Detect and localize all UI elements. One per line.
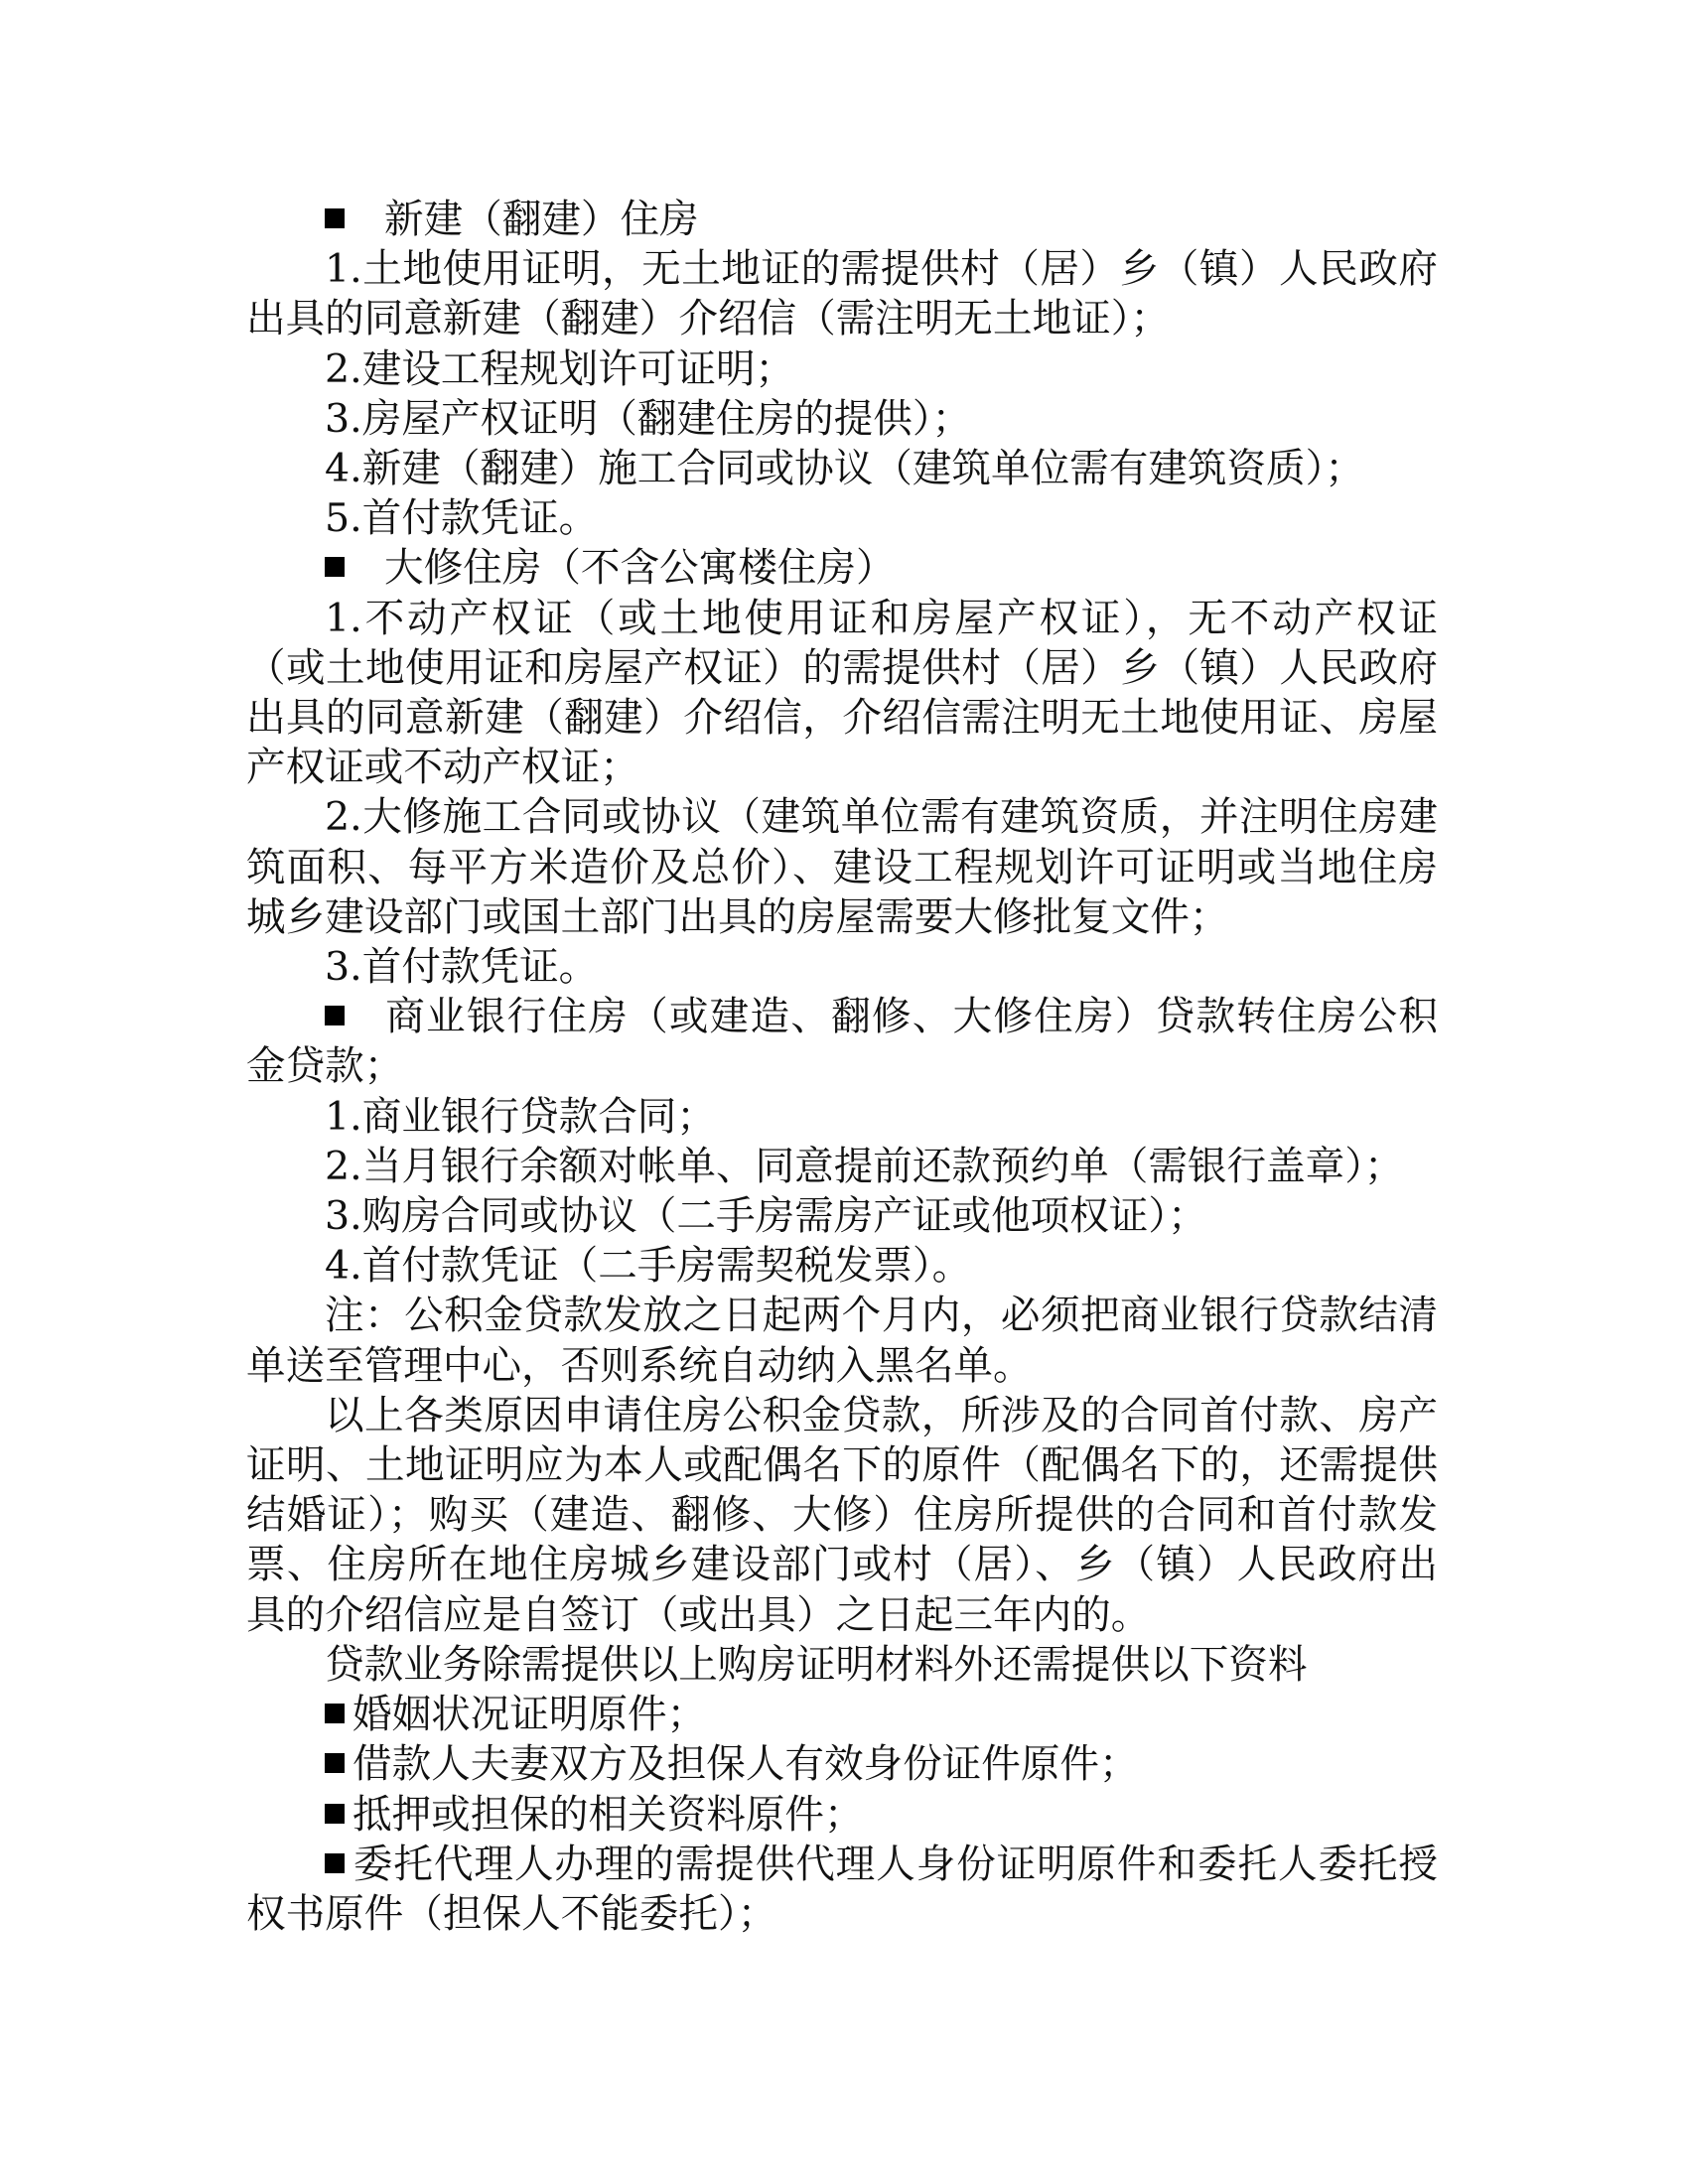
extra-item: 借款人夫妻双方及担保人有效身份证件原件； <box>246 1739 1438 1789</box>
list-item: 4.新建（翻建）施工合同或协议（建筑单位需有建筑资质）； <box>246 444 1438 493</box>
section-heading-text: 商业银行住房（或建造、翻修、大修住房）贷款转住房公积金贷款； <box>246 994 1438 1089</box>
list-item: 4.首付款凭证（二手房需契税发票）。 <box>246 1241 1438 1291</box>
black-square-icon <box>325 208 345 228</box>
list-item: 3.房屋产权证明（翻建住房的提供）； <box>246 394 1438 444</box>
section-heading-new-build: 新建（翻建）住房 <box>246 195 1438 244</box>
extra-item: 委托代理人办理的需提供代理人身份证明原件和委托人委托授权书原件（担保人不能委托）… <box>246 1840 1438 1939</box>
list-item: 1.不动产权证（或土地使用证和房屋产权证），无不动产权证（或土地使用证和房屋产权… <box>246 594 1438 793</box>
black-square-icon <box>325 1753 345 1773</box>
section-heading-text: 新建（翻建）住房 <box>384 197 699 242</box>
document-page: 新建（翻建）住房 1.土地使用证明，无土地证的需提供村（居）乡（镇）人民政府出具… <box>246 195 1438 1939</box>
list-item: 1.商业银行贷款合同； <box>246 1092 1438 1142</box>
summary-paragraph: 以上各类原因申请住房公积金贷款，所涉及的合同首付款、房产证明、土地证明应为本人或… <box>246 1391 1438 1640</box>
section-heading-text: 大修住房（不含公寓楼住房） <box>384 545 896 591</box>
black-square-icon <box>325 1704 345 1723</box>
extra-item-text: 委托代理人办理的需提供代理人身份证明原件和委托人委托授权书原件（担保人不能委托）… <box>246 1842 1438 1937</box>
section-heading-major-repair: 大修住房（不含公寓楼住房） <box>246 543 1438 593</box>
extra-intro: 贷款业务除需提供以上购房证明材料外还需提供以下资料 <box>246 1640 1438 1690</box>
black-square-icon <box>325 1006 345 1025</box>
black-square-icon <box>325 1804 345 1824</box>
list-item: 2.当月银行余额对帐单、同意提前还款预约单（需银行盖章）； <box>246 1142 1438 1191</box>
extra-item: 婚姻状况证明原件； <box>246 1690 1438 1739</box>
list-item: 2.大修施工合同或协议（建筑单位需有建筑资质，并注明住房建筑面积、每平方米造价及… <box>246 792 1438 942</box>
list-item: 3.首付款凭证。 <box>246 942 1438 992</box>
black-square-icon <box>325 557 345 577</box>
black-square-icon <box>325 1853 345 1873</box>
list-item: 5.首付款凭证。 <box>246 493 1438 543</box>
list-item: 2.建设工程规划许可证明； <box>246 344 1438 394</box>
extra-item: 抵押或担保的相关资料原件； <box>246 1790 1438 1840</box>
list-item: 1.土地使用证明，无土地证的需提供村（居）乡（镇）人民政府出具的同意新建（翻建）… <box>246 244 1438 343</box>
note-paragraph: 注：公积金贷款发放之日起两个月内，必须把商业银行贷款结清单送至管理中心，否则系统… <box>246 1291 1438 1390</box>
extra-item-text: 抵押或担保的相关资料原件； <box>352 1792 864 1838</box>
list-item: 3.购房合同或协议（二手房需房产证或他项权证）； <box>246 1191 1438 1241</box>
extra-item-text: 婚姻状况证明原件； <box>352 1692 706 1737</box>
section-heading-commercial-loan-transfer: 商业银行住房（或建造、翻修、大修住房）贷款转住房公积金贷款； <box>246 992 1438 1091</box>
extra-item-text: 借款人夫妻双方及担保人有效身份证件原件； <box>352 1741 1139 1787</box>
